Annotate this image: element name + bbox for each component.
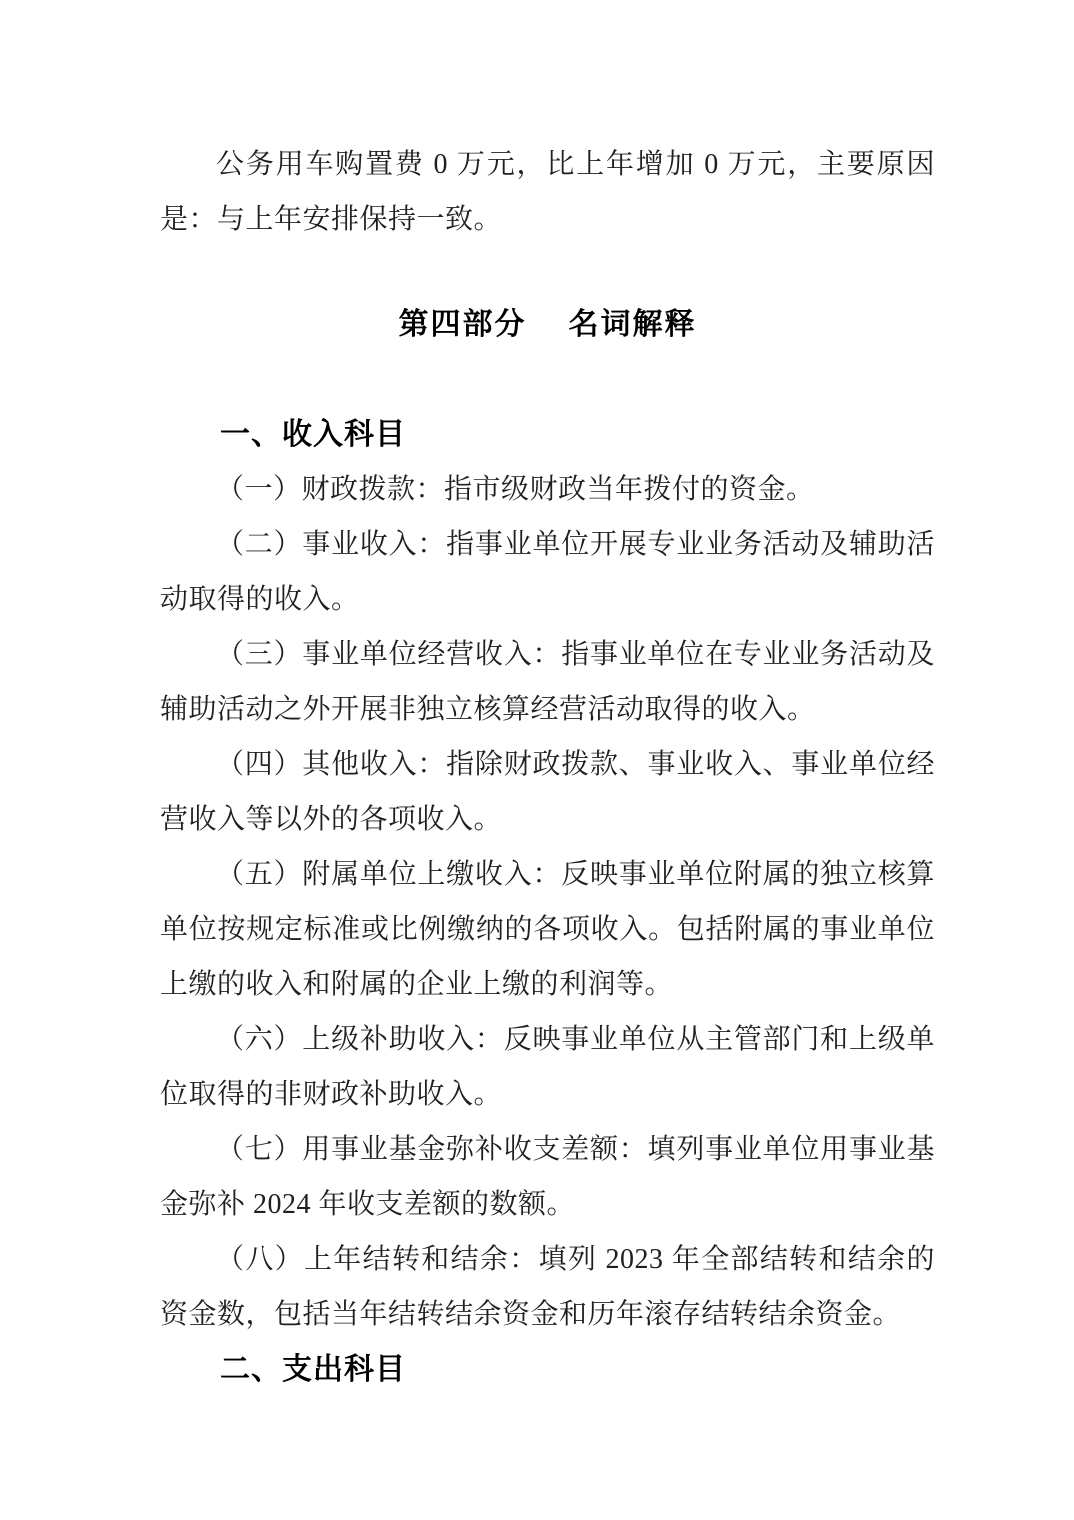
part-title-right: 名词解释 (569, 308, 697, 341)
definition-paragraph-carryover-balance: （八）上年结转和结余：填列 2023 年全部结转和结余的资金数，包括当年结转结余… (160, 1232, 935, 1342)
definition-paragraph-subsidiary-remittance-income: （五）附属单位上缴收入：反映事业单位附属的独立核算单位按规定标准或比例缴纳的各项… (160, 847, 935, 1012)
expense-section-heading: 二、支出科目 (160, 1342, 935, 1397)
definition-paragraph-business-operating-income: （三）事业单位经营收入：指事业单位在专业业务活动及辅助活动之外开展非独立核算经营… (160, 627, 935, 737)
part-title-left: 第四部分 (399, 308, 527, 341)
definition-paragraph-fiscal-appropriation: （一）财政拨款：指市级财政当年拨付的资金。 (160, 462, 935, 517)
income-section-heading: 一、收入科目 (160, 407, 935, 462)
definition-paragraph-operating-income: （二）事业收入：指事业单位开展专业业务活动及辅助活动取得的收入。 (160, 517, 935, 627)
definition-paragraph-fund-deficit-coverage: （七）用事业基金弥补收支差额：填列事业单位用事业基金弥补 2024 年收支差额的… (160, 1122, 935, 1232)
definition-paragraph-other-income: （四）其他收入：指除财政拨款、事业收入、事业单位经营收入等以外的各项收入。 (160, 737, 935, 847)
document-page: 公务用车购置费 0 万元，比上年增加 0 万元，主要原因是：与上年安排保持一致。… (0, 0, 1074, 1520)
part-four-title: 第四部分名词解释 (160, 297, 935, 352)
definition-paragraph-superior-subsidy-income: （六）上级补助收入：反映事业单位从主管部门和上级单位取得的非财政补助收入。 (160, 1012, 935, 1122)
intro-paragraph: 公务用车购置费 0 万元，比上年增加 0 万元，主要原因是：与上年安排保持一致。 (160, 137, 935, 247)
